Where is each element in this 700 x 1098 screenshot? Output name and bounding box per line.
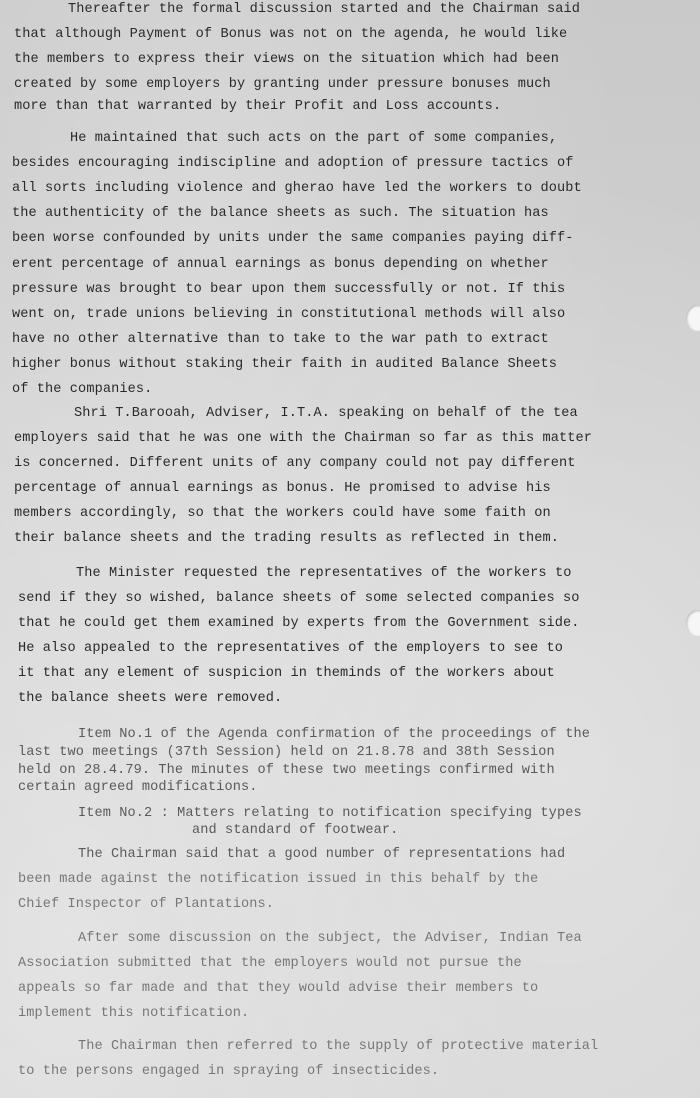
paragraph-adviser-discussion-line-4: implement this notification.	[18, 1006, 249, 1022]
paragraph-barooah-line-2: employers said that he was one with the …	[14, 431, 592, 447]
paragraph-barooah-line-3: is concerned. Different units of any com…	[14, 456, 576, 472]
item-2-heading-line-1: Item No.2 : Matters relating to notifica…	[78, 806, 582, 822]
paragraph-maintained-line-2: besides encouraging indiscipline and ado…	[12, 156, 574, 172]
paragraph-chairman-footwear-line-1: The Chairman said that a good number of …	[78, 847, 565, 863]
paper-punch-hole	[686, 610, 700, 636]
paragraph-minister-line-4: He also appealed to the representatives …	[18, 641, 563, 657]
paragraph-maintained-line-5: been worse confounded by units under the…	[12, 231, 574, 247]
paragraph-minister-line-2: send if they so wished, balance sheets o…	[18, 591, 580, 607]
paragraph-minister-line-3: that he could get them examined by exper…	[18, 616, 580, 632]
paragraph-bonus-intro-line-5: more than that warranted by their Profit…	[14, 99, 501, 115]
paragraph-maintained-line-6: erent percentage of annual earnings as b…	[12, 257, 549, 273]
paragraph-bonus-intro-line-4: created by some employers by granting un…	[14, 77, 551, 93]
item-1-line-3: held on 28.4.79. The minutes of these tw…	[18, 763, 555, 779]
paragraph-chairman-footwear-line-3: Chief Inspector of Plantations.	[18, 897, 274, 913]
paragraph-adviser-discussion-line-2: Association submitted that the employers…	[18, 956, 522, 972]
paragraph-maintained-line-9: have no other alternative than to take t…	[12, 332, 549, 348]
paragraph-chairman-footwear-line-2: been made against the notification issue…	[18, 872, 538, 888]
paragraph-chairman-protective-line-2: to the persons engaged in spraying of in…	[18, 1064, 439, 1080]
paragraph-bonus-intro-line-3: the members to express their views on th…	[14, 52, 559, 68]
paragraph-maintained-line-4: the authenticity of the balance sheets a…	[12, 206, 549, 222]
paragraph-maintained-line-3: all sorts including violence and gherao …	[12, 181, 582, 197]
item-1-line-2: last two meetings (37th Session) held on…	[18, 745, 555, 761]
paragraph-maintained-line-7: pressure was brought to bear upon them s…	[12, 282, 565, 298]
paragraph-bonus-intro-line-1: Thereafter the formal discussion started…	[68, 2, 580, 18]
paragraph-barooah-line-4: percentage of annual earnings as bonus. …	[14, 481, 551, 497]
paragraph-maintained-line-11: of the companies.	[12, 382, 152, 398]
paragraph-barooah-line-6: their balance sheets and the trading res…	[14, 531, 559, 547]
paragraph-adviser-discussion-line-3: appeals so far made and that they would …	[18, 981, 538, 997]
paragraph-chairman-protective-line-1: The Chairman then referred to the supply…	[78, 1039, 598, 1055]
item-1-line-1: Item No.1 of the Agenda confirmation of …	[78, 727, 590, 743]
paragraph-maintained-line-10: higher bonus without staking their faith…	[12, 357, 557, 373]
paragraph-minister-line-5: it that any element of suspicion in them…	[18, 666, 555, 682]
paragraph-minister-line-1: The Minister requested the representativ…	[76, 566, 571, 582]
paper-punch-hole	[686, 305, 700, 331]
paragraph-adviser-discussion-line-1: After some discussion on the subject, th…	[78, 931, 582, 947]
paragraph-barooah-line-5: members accordingly, so that the workers…	[14, 506, 551, 522]
paragraph-bonus-intro-line-2: that although Payment of Bonus was not o…	[14, 27, 567, 43]
paragraph-maintained-line-1: He maintained that such acts on the part…	[70, 131, 557, 147]
item-1-line-4: certain agreed modifications.	[18, 780, 257, 796]
typewritten-document-page: Thereafter the formal discussion started…	[0, 0, 700, 1098]
paragraph-minister-line-6: the balance sheets were removed.	[18, 691, 282, 707]
item-2-heading-line-2: and standard of footwear.	[192, 823, 398, 839]
paragraph-barooah-line-1: Shri T.Barooah, Adviser, I.T.A. speaking…	[74, 406, 578, 422]
paragraph-maintained-line-8: went on, trade unions believing in const…	[12, 307, 565, 323]
